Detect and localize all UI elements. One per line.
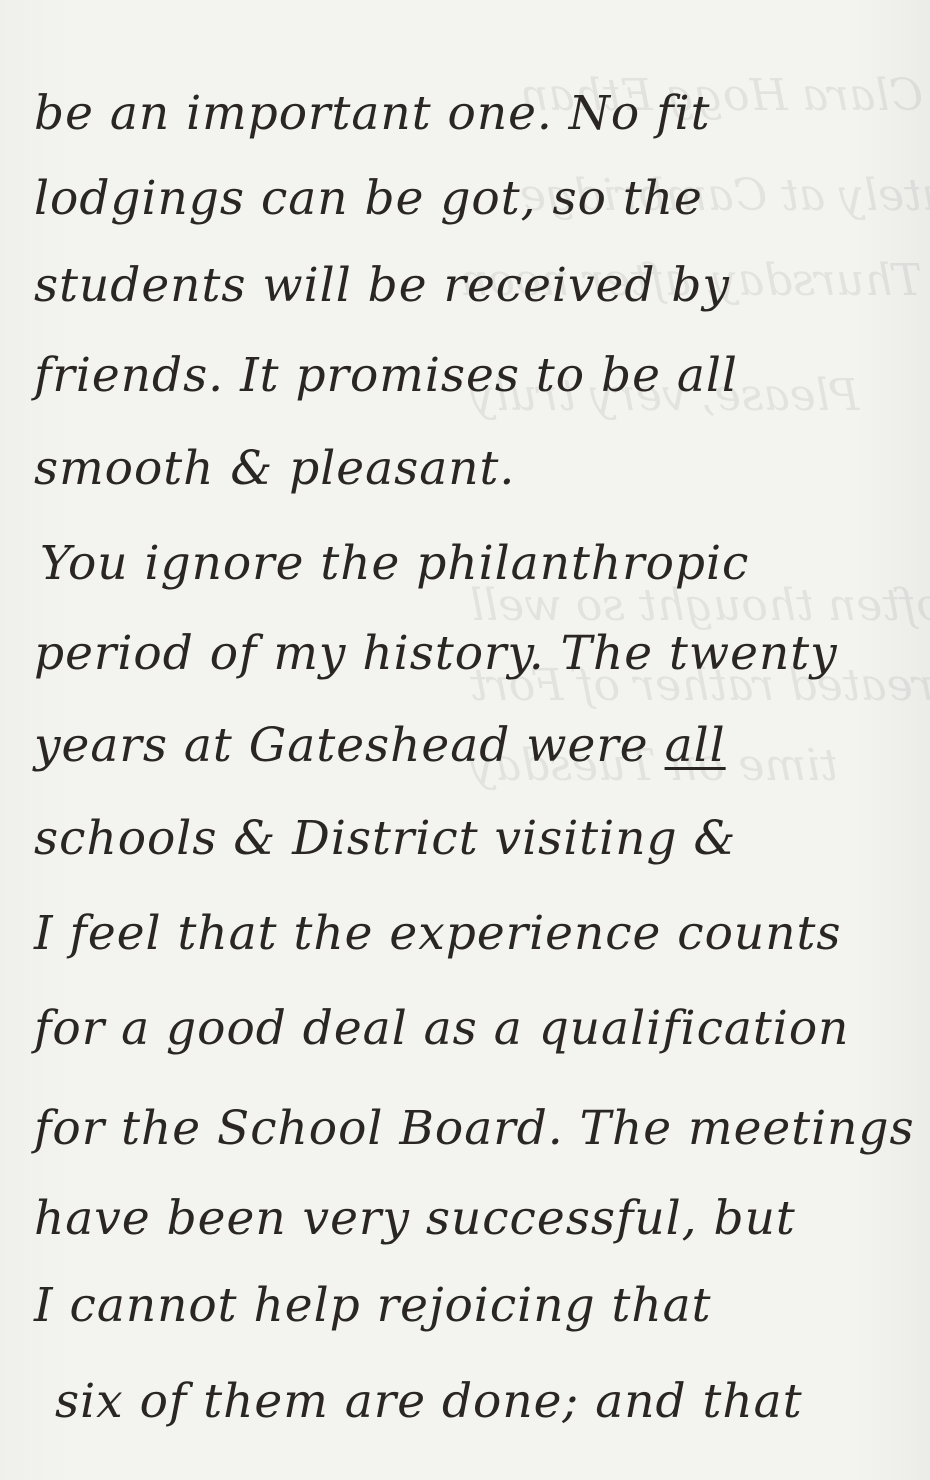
letter-line-8: years at Gateshead were all: [34, 722, 726, 769]
letter-line-6-paragraph-start: You ignore the philanthropic: [40, 540, 749, 587]
letter-line-5: smooth & pleasant.: [34, 445, 515, 492]
letter-line-2: lodgings can be got, so the: [34, 175, 703, 222]
letter-line-9: schools & District visiting &: [34, 815, 736, 862]
letter-line-1: be an important one. No fit: [34, 90, 710, 137]
letter-line-7: period of my history. The twenty: [34, 630, 838, 677]
letter-line-11: for a good deal as a qualification: [34, 1005, 849, 1052]
underlined-word-all: all: [665, 718, 726, 773]
letter-line-14: I cannot help rejoicing that: [34, 1282, 712, 1329]
letter-line-15: six of them are done; and that: [55, 1378, 803, 1425]
letter-line-3: students will be received by: [34, 262, 730, 309]
letter-line-8-text: years at Gateshead were: [34, 718, 665, 773]
letter-line-12: for the School Board. The meetings: [34, 1105, 915, 1152]
letter-line-4: friends. It promises to be all: [34, 352, 738, 399]
letter-line-13: have been very successful, but: [34, 1195, 796, 1242]
letter-line-10: I feel that the experience counts: [34, 910, 841, 957]
